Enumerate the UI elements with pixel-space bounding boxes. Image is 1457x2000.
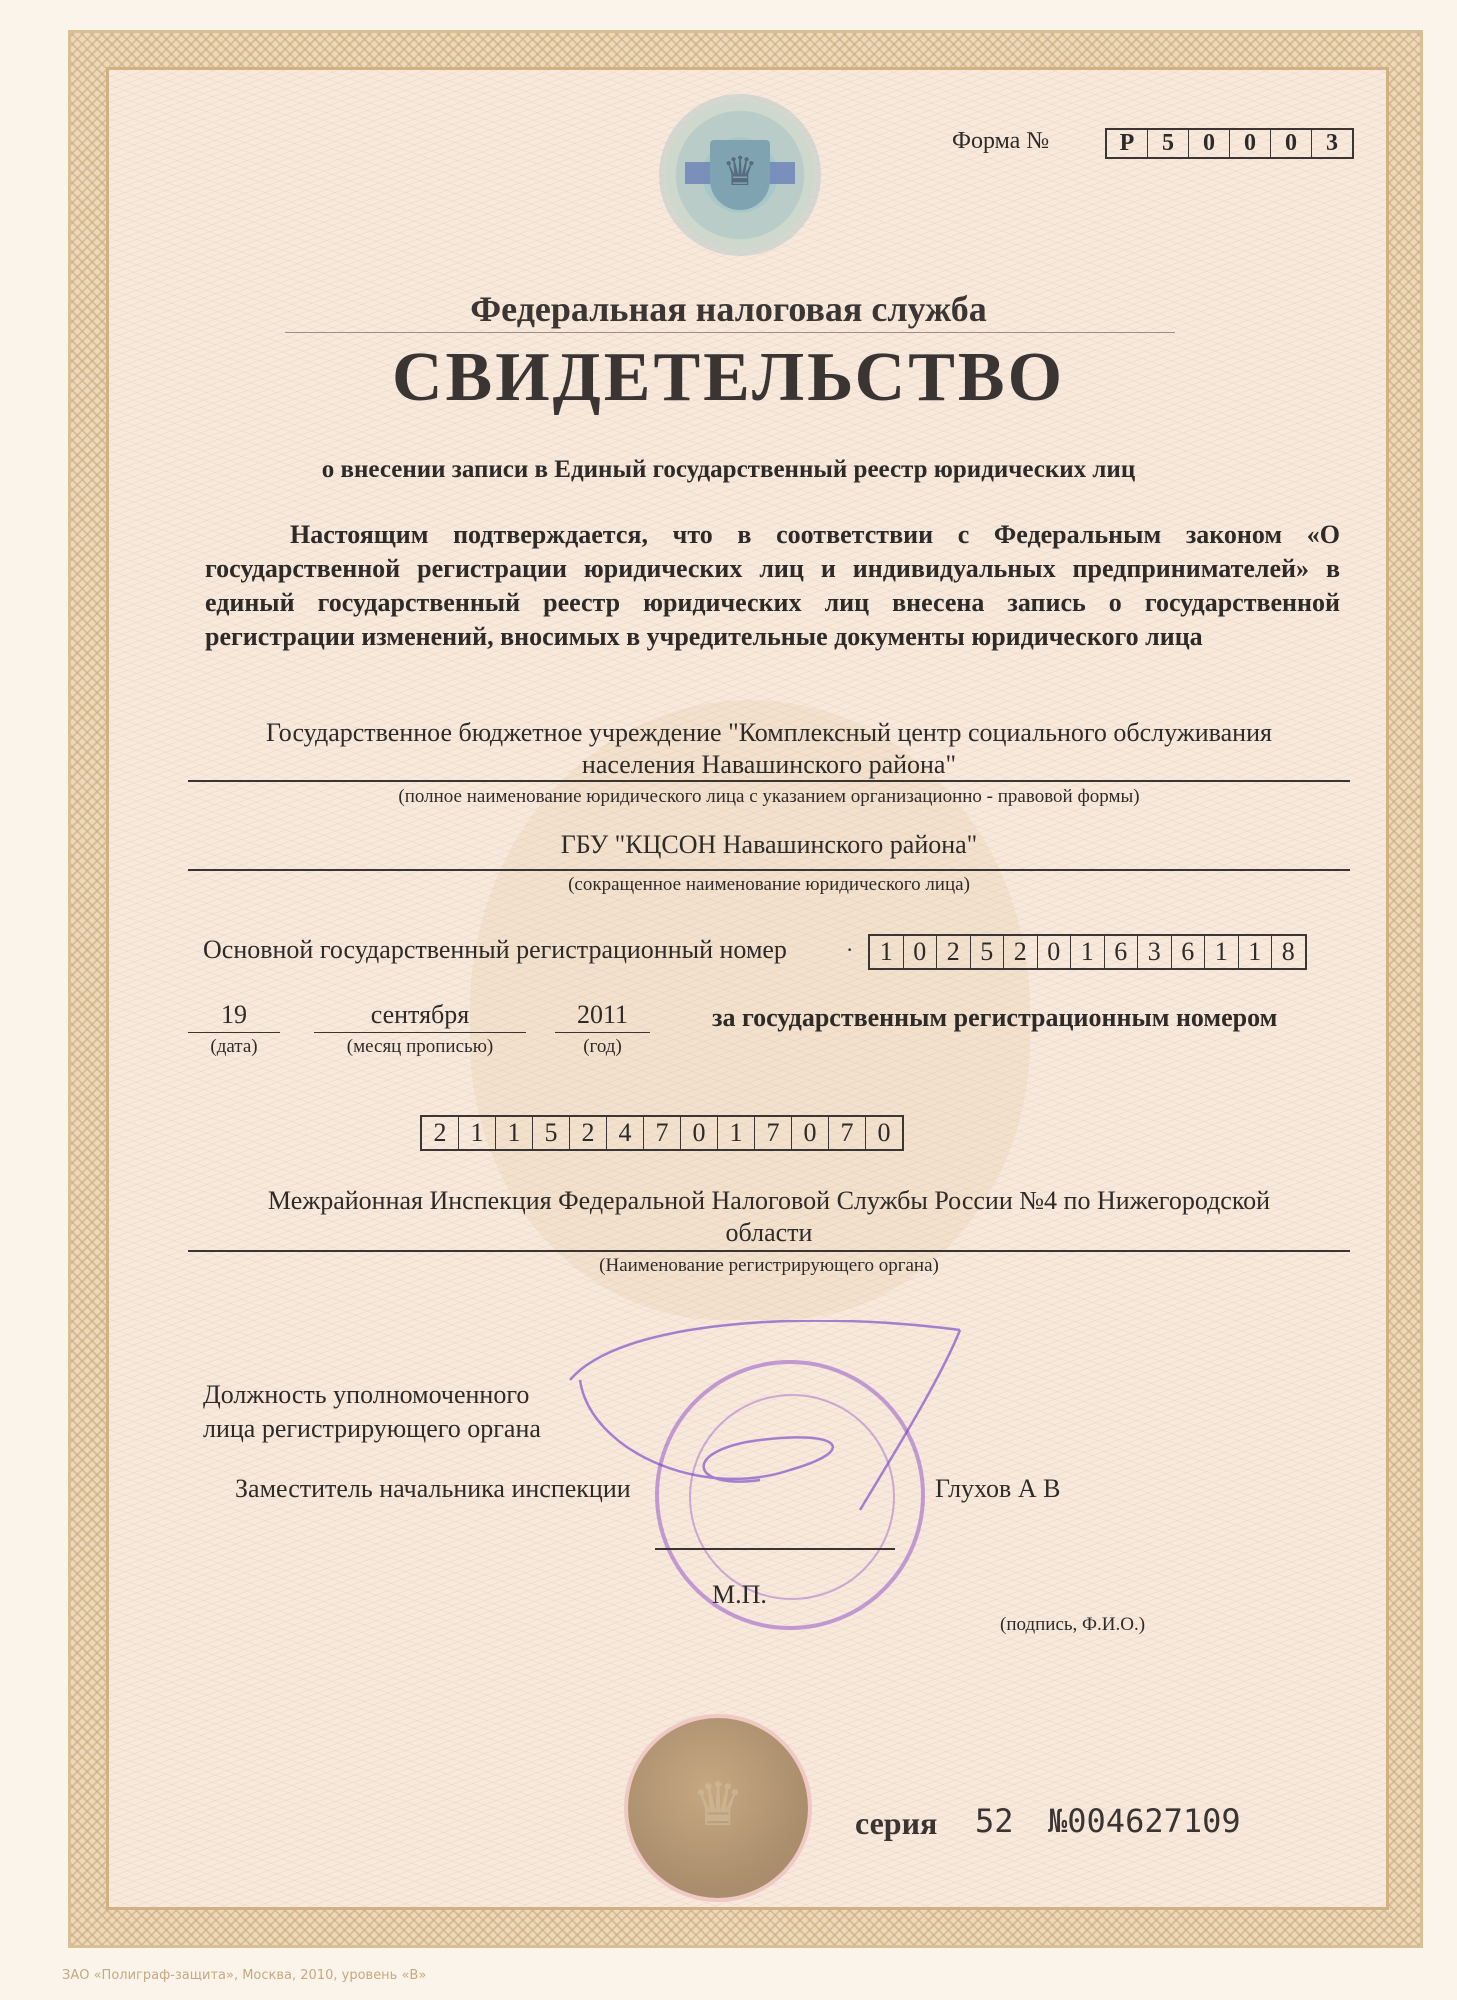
full-name-caption: (полное наименование юридического лица с… (188, 786, 1350, 808)
series-value: 52 (975, 1802, 1014, 1840)
position-label: Должность уполномоченного лица регистрир… (203, 1378, 541, 1446)
divider (285, 332, 1175, 333)
seal-place-label: М.П. (712, 1580, 767, 1610)
date-month: сентября (314, 1000, 526, 1033)
authority-line1: Межрайонная Инспекция Федеральной Налого… (188, 1186, 1350, 1216)
signature-caption: (подпись, Ф.И.О.) (1000, 1614, 1145, 1636)
document-subtitle: о внесении записи в Единый государственн… (0, 456, 1457, 484)
signatory-name: Глухов А В (935, 1474, 1060, 1504)
double-headed-eagle-icon: ♛ (628, 1770, 808, 1840)
divider (188, 780, 1350, 782)
date-day-caption: (дата) (188, 1036, 280, 1058)
embossed-gold-seal: ♛ (628, 1718, 808, 1898)
entity-short-name: ГБУ "КЦСОН Навашинского района" (188, 830, 1350, 860)
statement-paragraph: Настоящим подтверждается, что в соответс… (205, 518, 1340, 654)
certificate-sheet: ♛ Форма № Р 5 0 0 0 3 Федеральная налого… (0, 0, 1457, 2000)
signature-line (655, 1548, 895, 1550)
double-headed-eagle-icon: ♛ (665, 148, 815, 195)
form-code: Р 5 0 0 0 3 (1105, 128, 1354, 159)
date-year-caption: (год) (555, 1036, 650, 1058)
certificate-number: №004627109 (1048, 1802, 1241, 1840)
divider (188, 869, 1350, 871)
hologram-emblem-icon: ♛ (665, 100, 815, 250)
entity-full-name-line1: Государственное бюджетное учреждение "Ко… (188, 718, 1350, 748)
grn-label: за государственным регистрационным номер… (712, 1003, 1277, 1033)
short-name-caption: (сокращенное наименование юридического л… (188, 874, 1350, 896)
date-year: 2011 (555, 1000, 650, 1033)
divider (188, 1250, 1350, 1252)
ogrn-number: 1 0 2 5 2 0 1 6 3 6 1 1 8 (868, 934, 1307, 970)
date-month-caption: (месяц прописью) (314, 1036, 526, 1058)
agency-name: Федеральная налоговая служба (0, 288, 1457, 330)
authority-line2: области (188, 1218, 1350, 1248)
document-title: СВИДЕТЕЛЬСТВО (0, 338, 1457, 418)
grn-number: 2 1 1 5 2 4 7 0 1 7 0 7 0 (420, 1115, 904, 1151)
printer-imprint: ЗАО «Полиграф-защита», Москва, 2010, уро… (62, 1968, 426, 1983)
entity-full-name-line2: населения Навашинского района" (188, 750, 1350, 780)
authority-caption: (Наименование регистрирующего органа) (188, 1255, 1350, 1277)
ogrn-label: Основной государственный регистрационный… (203, 935, 787, 965)
series-label: серия (855, 1805, 937, 1842)
form-label: Форма № (952, 128, 1049, 155)
date-day: 19 (188, 1000, 280, 1033)
signatory-position: Заместитель начальника инспекции (235, 1474, 631, 1504)
